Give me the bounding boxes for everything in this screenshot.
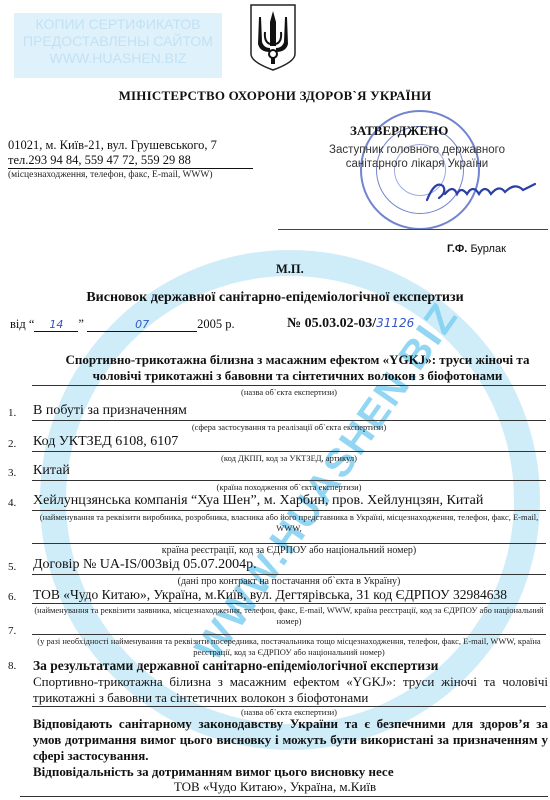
item-hint: (дані про контракт на постачання об`єкта…: [32, 576, 546, 587]
object-hint: (назва об`єкта експертизи): [32, 387, 546, 398]
address-hint: (місцезнаходження, телефон, факс, E-mail…: [8, 169, 253, 181]
divider: [20, 796, 548, 797]
object-line: Спортивно-трикотажна білизна з масажним …: [40, 352, 550, 368]
responsible-organization: ТОВ «Чудо Китаю», Україна, м.Київ: [0, 779, 550, 795]
results-title: За результатами державної санітарно-епід…: [33, 658, 438, 674]
item-value-usage: В побуті за призначенням: [33, 403, 187, 419]
object-name: Спортивно-трикотажна білизна з масажним …: [40, 352, 550, 384]
date-prefix: від “: [10, 317, 34, 331]
conclusion-date: від “14” 072005 р.: [10, 317, 235, 332]
divider: [32, 480, 546, 481]
signature-icon: [423, 176, 538, 206]
divider: [32, 543, 546, 544]
position-line: санітарного лікаря України: [287, 157, 547, 171]
position-line: Заступник головного державного: [287, 143, 547, 157]
signer-initials: Г.Ф.: [447, 243, 467, 255]
object-line: чоловічі трикотажні з бавовни та сінтети…: [40, 368, 550, 384]
item-hint: (сфера застосування та реалізації об`єкт…: [32, 422, 546, 433]
number-prefix: № 05.03.02-03/: [287, 316, 376, 331]
item-value-code: Код УКТЗЕД 6108, 6107: [33, 434, 178, 450]
trident-emblem-icon: [248, 2, 298, 72]
responsibility-label: Відповідальність за дотриманням вимог ць…: [33, 764, 394, 780]
item-hint: (найменування та реквізити заявника, міс…: [32, 605, 546, 627]
divider: [32, 420, 546, 421]
item-number: 7.: [8, 625, 16, 637]
approver-position: Заступник головного державного санітарно…: [287, 143, 547, 171]
conclusion-number: № 05.03.02-03/31126: [287, 316, 414, 332]
divider: [32, 385, 546, 386]
signer-surname: Бурлак: [470, 243, 505, 255]
item-number: 8.: [8, 660, 16, 672]
stamp-place-label: М.П.: [276, 262, 304, 277]
certificate-document: МІНІСТЕРСТВО ОХОРОНИ ЗДОРОВ`Я УКРАЇНИ 01…: [0, 0, 550, 800]
address-line: 01021, м. Київ-21, вул. Грушевського, 7: [8, 138, 253, 153]
item-value-manufacturer: Хейлунцзянська компанія “Хуа Шен”, м. Ха…: [33, 493, 483, 509]
divider: [32, 510, 546, 511]
item-hint: (у разі необхідності найменування та рек…: [32, 636, 546, 658]
item-value-contract: Договір № UA-IS/003від 05.07.2004р.: [33, 557, 257, 573]
number-handwritten: 31126: [376, 316, 414, 330]
approved-label: ЗАТВЕРДЖЕНО: [350, 123, 448, 139]
divider: [32, 574, 546, 575]
divider: [32, 634, 546, 635]
item-number: 2.: [8, 438, 16, 450]
item-hint: (найменування та реквізити виробника, ро…: [32, 512, 546, 534]
item-value-country: Китай: [33, 463, 70, 479]
item-number: 6.: [8, 591, 16, 603]
date-separator: ”: [78, 317, 87, 331]
item-number: 1.: [8, 407, 16, 419]
item-hint: (код ДКПП, код за УКТЗЕД, артикул): [32, 453, 546, 464]
phone-line: тел.293 94 84, 559 47 72, 559 29 88: [8, 153, 253, 169]
item-number: 4.: [8, 497, 16, 509]
conclusion-title: Висновок державної санітарно-епідеміолог…: [0, 290, 550, 306]
divider: [32, 451, 546, 452]
divider: [32, 603, 546, 604]
ministry-address: 01021, м. Київ-21, вул. Грушевського, 7 …: [8, 138, 253, 181]
results-object: Спортивно-трикотажна білизна з масажним …: [33, 674, 548, 706]
verdict-text: Відповідають санітарному законодавству У…: [33, 716, 548, 764]
item-value-applicant: ТОВ «Чудо Китаю», Україна, м.Київ, вул. …: [33, 587, 507, 603]
signature-line: [278, 229, 548, 230]
date-year: 2005 р.: [197, 317, 235, 331]
ministry-title: МІНІСТЕРСТВО ОХОРОНИ ЗДОРОВ`Я УКРАЇНИ: [0, 88, 550, 104]
item-number: 5.: [8, 561, 16, 573]
signer-name: Г.Ф. Бурлак: [447, 243, 506, 255]
date-day: 14: [34, 318, 78, 332]
item-hint: країна реєстрації, код за ЄДРПОУ або нац…: [32, 545, 546, 556]
date-month: 07: [87, 318, 197, 332]
item-hint: (країна походження об`єкта експертизи): [32, 482, 546, 493]
item-number: 3.: [8, 467, 16, 479]
